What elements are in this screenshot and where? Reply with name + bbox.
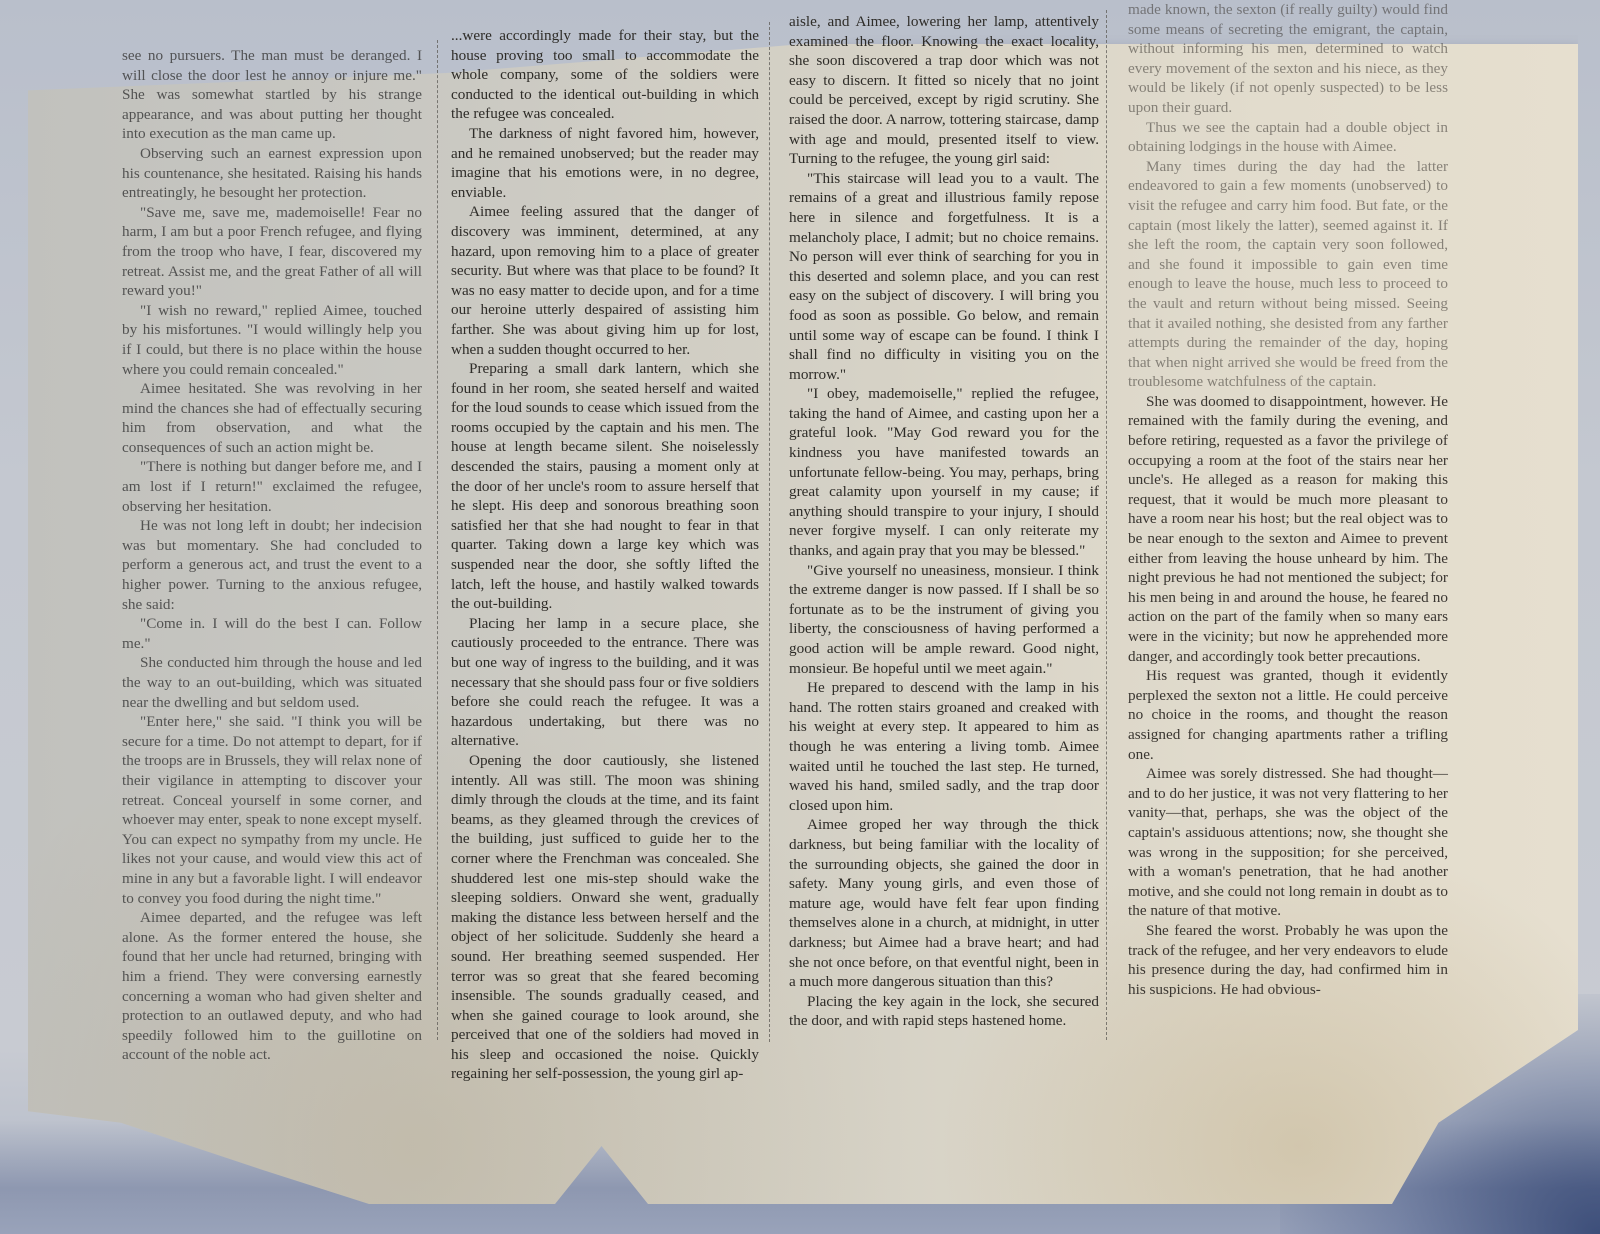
article-paragraph: "There is nothing but danger before me, … (122, 457, 422, 516)
article-paragraph: "I obey, mademoiselle," replied the refu… (789, 384, 1099, 560)
article-paragraph: "Come in. I will do the best I can. Foll… (122, 614, 422, 653)
article-paragraph: His request was granted, though it evide… (1128, 666, 1448, 764)
article-paragraph: She was doomed to disappointment, howeve… (1128, 392, 1448, 666)
article-paragraph: made known, the sexton (if really guilty… (1128, 0, 1448, 118)
article-paragraph: aisle, and Aimee, lowering her lamp, att… (789, 12, 1099, 169)
article-paragraph: Opening the door cautiously, she listene… (451, 751, 759, 1084)
article-paragraph: Placing her lamp in a secure place, she … (451, 614, 759, 751)
article-paragraph: Aimee departed, and the refugee was left… (122, 908, 422, 1065)
article-paragraph: Aimee was sorely distressed. She had tho… (1128, 764, 1448, 921)
text-column-3: aisle, and Aimee, lowering her lamp, att… (789, 12, 1099, 1031)
article-paragraph: She feared the worst. Probably he was up… (1128, 921, 1448, 999)
article-paragraph: Observing such an earnest expression upo… (122, 144, 422, 203)
article-columns: see no pursuers. The man must be derange… (0, 0, 1600, 1234)
article-paragraph: He prepared to descend with the lamp in … (789, 678, 1099, 815)
article-paragraph: Many times during the day had the latter… (1128, 157, 1448, 392)
article-paragraph: Aimee groped her way through the thick d… (789, 815, 1099, 991)
article-paragraph: He was not long left in doubt; her indec… (122, 516, 422, 614)
article-paragraph: She conducted him through the house and … (122, 653, 422, 712)
article-paragraph: "Give yourself no uneasiness, monsieur. … (789, 561, 1099, 679)
column-rule (1106, 10, 1107, 1040)
article-paragraph: "Enter here," she said. "I think you wil… (122, 712, 422, 908)
column-rule (437, 40, 438, 1040)
article-paragraph: The darkness of night favored him, howev… (451, 124, 759, 202)
text-column-2: ...were accordingly made for their stay,… (451, 26, 759, 1084)
article-paragraph: "Save me, save me, mademoiselle! Fear no… (122, 203, 422, 301)
article-paragraph: ...were accordingly made for their stay,… (451, 26, 759, 124)
article-paragraph: Aimee hesitated. She was revolving in he… (122, 379, 422, 457)
article-paragraph: Thus we see the captain had a double obj… (1128, 118, 1448, 157)
article-paragraph: Aimee feeling assured that the danger of… (451, 202, 759, 359)
article-paragraph: Placing the key again in the lock, she s… (789, 992, 1099, 1031)
text-column-1: see no pursuers. The man must be derange… (122, 46, 422, 1065)
article-paragraph: Preparing a small dark lantern, which sh… (451, 359, 759, 614)
article-paragraph: see no pursuers. The man must be derange… (122, 46, 422, 144)
article-paragraph: "I wish no reward," replied Aimee, touch… (122, 301, 422, 379)
text-column-4: made known, the sexton (if really guilty… (1128, 0, 1448, 999)
article-paragraph: "This staircase will lead you to a vault… (789, 169, 1099, 385)
column-rule (769, 22, 770, 1042)
